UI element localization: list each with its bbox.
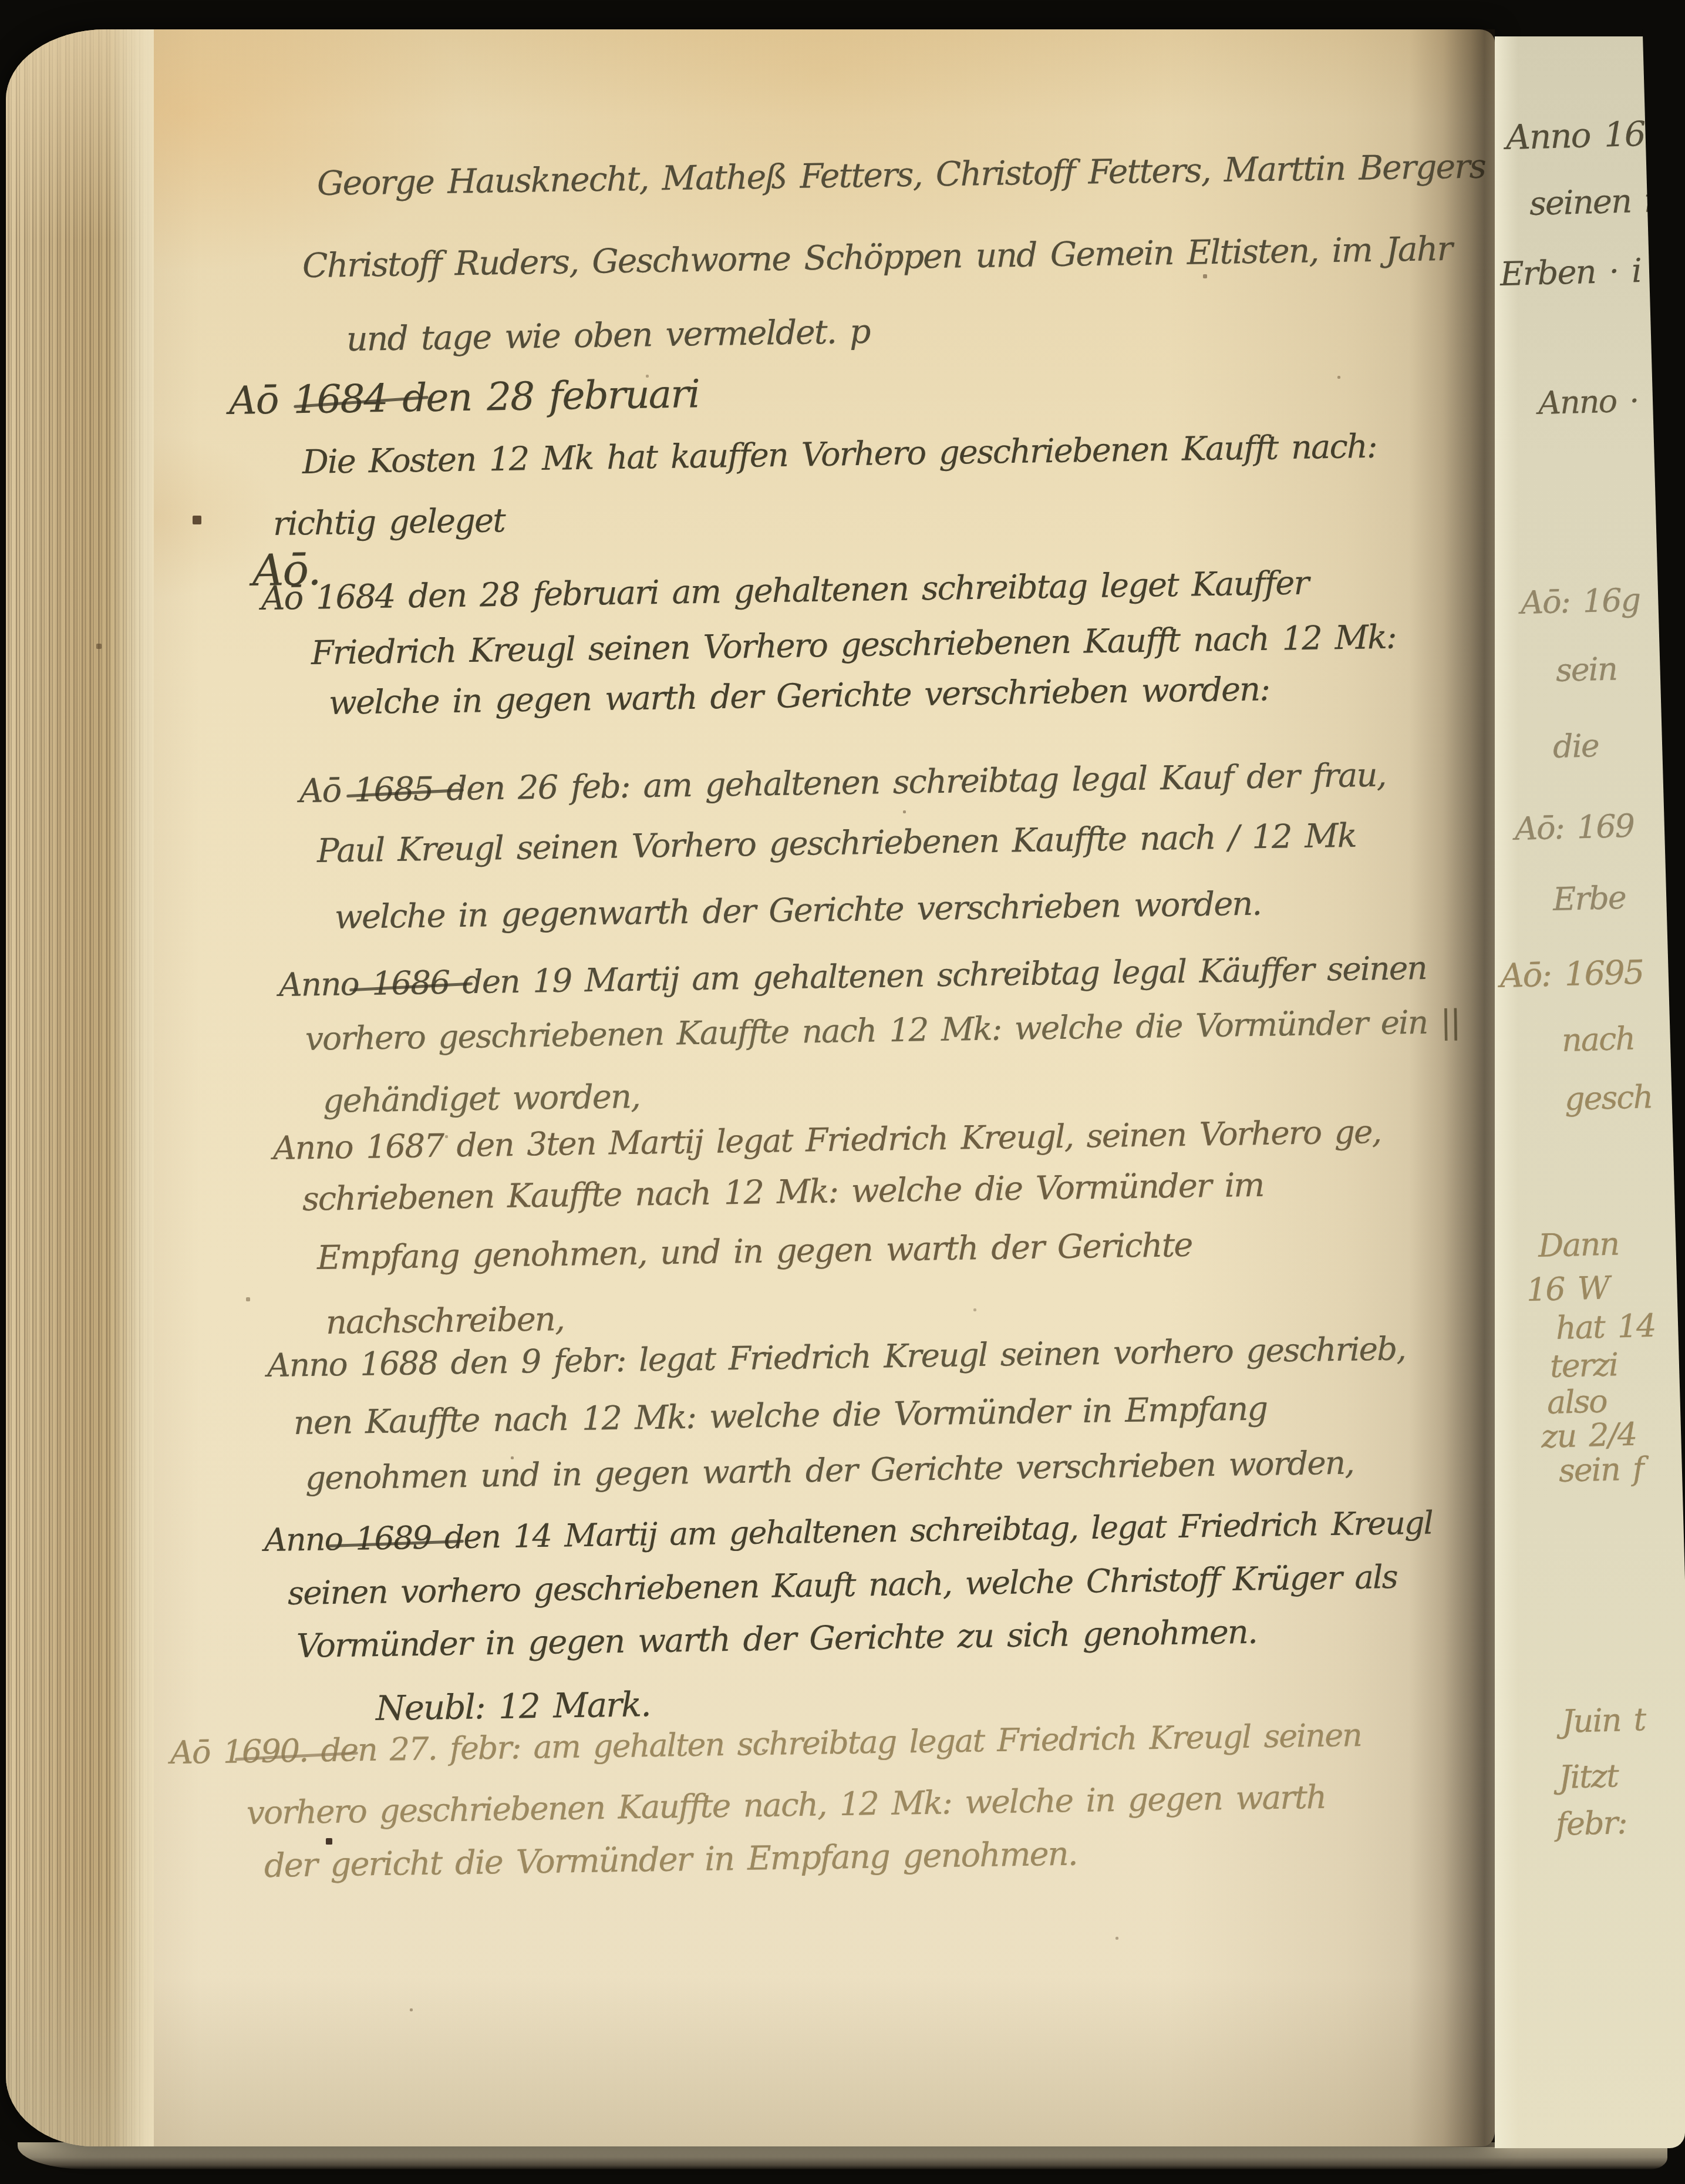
handwritten-line: George Hausknecht, Matheß Fetters, Chris… <box>317 150 1486 201</box>
handwritten-fragment: Erbe <box>1552 882 1626 916</box>
handwritten-line: schriebenen Kauffte nach 12 Mk: welche d… <box>302 1169 1264 1216</box>
handwritten-line: Neubl: 12 Mark. <box>376 1687 651 1725</box>
handwritten-fragment: Dann <box>1538 1228 1619 1262</box>
gutter-shadow <box>1409 29 1495 2147</box>
handwritten-fragment: Anno 16 <box>1505 117 1645 154</box>
handwritten-fragment: 16 W <box>1526 1272 1609 1306</box>
handwritten-line: Aō 1690. den 27. febr: am gehalten schre… <box>170 1719 1362 1769</box>
handwritten-fragment: nach <box>1561 1023 1635 1056</box>
handwritten-line: Christoff Ruders, Geschworne Schöppen un… <box>302 233 1453 283</box>
handwritten-fragment: Juin t <box>1561 1704 1646 1738</box>
book-photo: George Hausknecht, Matheß Fetters, Chris… <box>0 0 1685 2184</box>
handwritten-line: welche in gegen warth der Gerichte versc… <box>329 673 1270 720</box>
handwritten-fragment: gesch <box>1564 1081 1653 1115</box>
handwritten-line: welche in gegenwarth der Gerichte versch… <box>335 888 1262 934</box>
handwritten-fragment: Anno · <box>1538 385 1639 419</box>
handwritten-line: vorhero geschriebenen Kauffte nach, 12 M… <box>247 1781 1326 1829</box>
handwritten-fragment: Aō: 16g <box>1520 584 1640 619</box>
handwritten-line: gehändiget worden, <box>323 1081 641 1118</box>
handwritten-fragment: Jitzt <box>1558 1760 1618 1793</box>
handwritten-line: Anno 1686 den 19 Martij am gehaltenen sc… <box>279 952 1427 1001</box>
handwritten-line: Friedrich Kreugl seinen Vorhero geschrie… <box>311 621 1397 670</box>
handwritten-line: Die Kosten 12 Mk hat kauffen Vorhero ges… <box>302 430 1377 479</box>
handwritten-line: nachschreiben, <box>326 1303 565 1340</box>
handwritten-fragment: also <box>1546 1385 1607 1419</box>
handwritten-line: Empfang genohmen, und in gegen warth der… <box>317 1229 1192 1275</box>
entry-date-heading: Aō 1684 den 28 februari <box>229 375 700 420</box>
handwritten-line: Anno 1689 den 14 Martij am gehaltenen sc… <box>264 1507 1433 1556</box>
handwritten-fragment: seinen i <box>1529 184 1654 221</box>
handwritten-fragment: febr: <box>1555 1807 1627 1840</box>
handwritten-line: Aō 1685 den 26 feb: am gehaltenen schrei… <box>299 759 1386 808</box>
handwritten-fragment: zu 2/4 <box>1541 1419 1637 1453</box>
handwritten-line: seinen vorhero geschriebenen Kauft nach,… <box>288 1561 1398 1610</box>
handwritten-line: Anno 1687 den 3ten Martij legat Friedric… <box>273 1116 1381 1165</box>
handwritten-line: richtig geleget <box>273 504 505 541</box>
handwritten-fragment: Aō: 1695 <box>1499 957 1644 993</box>
handwritten-line: Vormünder in gegen warth der Gerichte zu… <box>296 1616 1257 1663</box>
handwritten-line: genohmen und in gegen warth der Gerichte… <box>305 1447 1354 1495</box>
handwritten-fragment: die <box>1552 730 1599 763</box>
handwritten-fragment: sein f <box>1558 1453 1643 1487</box>
handwritten-fragment: Aō: 169 <box>1514 810 1634 845</box>
handwritten-line: der gericht die Vormünder in Empfang gen… <box>264 1838 1077 1883</box>
handwritten-line: Paul Kreugl seinen Vorhero geschriebenen… <box>317 820 1356 868</box>
handwritten-fragment: Erben · i <box>1499 255 1641 291</box>
handwritten-line: vorhero geschriebenen Kauffte nach 12 Mk… <box>305 1006 1460 1055</box>
handwritten-line: Aō 1684 den 28 februari am gehaltenen sc… <box>261 567 1309 615</box>
handwritten-line: und tage wie oben vermeldet. p <box>346 315 870 356</box>
handwritten-line: nen Kauffte nach 12 Mk: welche die Vormü… <box>294 1392 1268 1440</box>
handwritten-fragment: sein <box>1555 653 1617 687</box>
handwritten-fragment: hat 14 <box>1555 1310 1656 1344</box>
handwritten-fragment: terzi <box>1549 1349 1618 1382</box>
